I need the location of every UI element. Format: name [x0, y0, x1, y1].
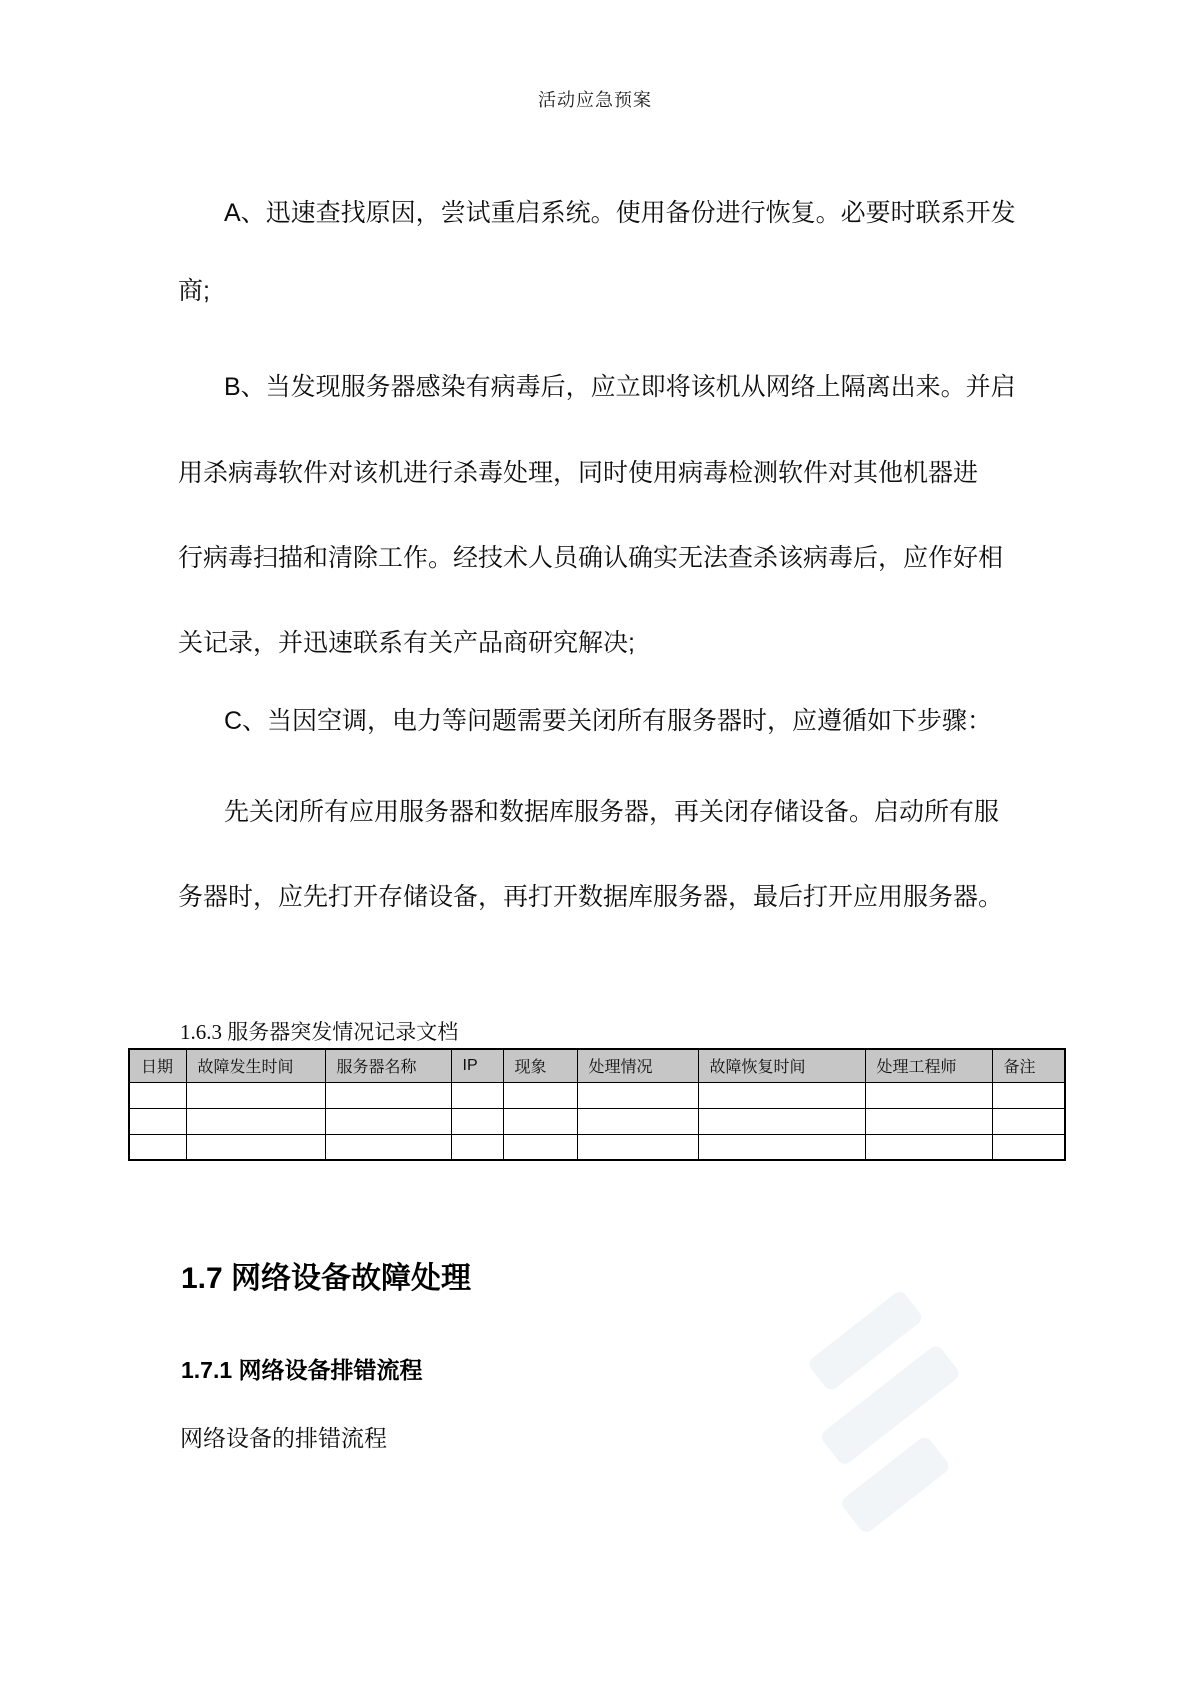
body-line: 商;: [178, 274, 210, 308]
table-cell: [698, 1108, 865, 1134]
body-line: 先关闭所有应用服务器和数据库服务器，再关闭存储设备。启动所有服: [224, 795, 999, 829]
table-header-cell: 处理工程师: [865, 1049, 992, 1082]
table-header-cell: IP: [451, 1049, 503, 1082]
table-cell: [698, 1082, 865, 1108]
table-cell: [992, 1108, 1065, 1134]
section-heading-1-7: 1.7 网络设备故障处理: [181, 1253, 471, 1297]
table-cell: [503, 1134, 577, 1160]
watermark-shape: [839, 1434, 952, 1535]
table-cell: [129, 1134, 186, 1160]
table-header-cell: 故障发生时间: [186, 1049, 325, 1082]
table-cell: [186, 1082, 325, 1108]
body-line: 务器时，应先打开存储设备，再打开数据库服务器，最后打开应用服务器。: [178, 880, 1003, 914]
body-line: B、当发现服务器感染有病毒后，应立即将该机从网络上隔离出来。并启: [224, 370, 1016, 404]
table-header-cell: 故障恢复时间: [698, 1049, 865, 1082]
table-cell: [129, 1108, 186, 1134]
table-cell: [577, 1082, 698, 1108]
table-cell: [577, 1108, 698, 1134]
table-row: [129, 1082, 1065, 1108]
table-cell: [129, 1082, 186, 1108]
table-header-cell: 处理情况: [577, 1049, 698, 1082]
watermark-shape: [819, 1343, 962, 1467]
server-incident-record-table: 日期故障发生时间服务器名称IP现象处理情况故障恢复时间处理工程师备注: [128, 1048, 1066, 1161]
table-cell: [698, 1134, 865, 1160]
table-header-row: 日期故障发生时间服务器名称IP现象处理情况故障恢复时间处理工程师备注: [129, 1049, 1065, 1082]
table-cell: [325, 1082, 451, 1108]
table-cell: [503, 1108, 577, 1134]
table-cell: [865, 1108, 992, 1134]
table-row: [129, 1134, 1065, 1160]
table-cell: [325, 1134, 451, 1160]
body-line: A、迅速查找原因，尝试重启系统。使用备份进行恢复。必要时联系开发: [224, 196, 1016, 230]
table-cell: [325, 1108, 451, 1134]
table-cell: [992, 1082, 1065, 1108]
table-cell: [865, 1134, 992, 1160]
table-cell: [503, 1082, 577, 1108]
document-header-title: 活动应急预案: [0, 86, 1190, 112]
table-cell: [451, 1082, 503, 1108]
table-cell: [992, 1134, 1065, 1160]
table-row: [129, 1108, 1065, 1134]
body-line: 用杀病毒软件对该机进行杀毒处理，同时使用病毒检测软件对其他机器进: [178, 456, 978, 490]
table-header-cell: 现象: [503, 1049, 577, 1082]
section-heading-1-7-1: 1.7.1 网络设备排错流程: [181, 1352, 423, 1385]
body-line: 关记录，并迅速联系有关产品商研究解决;: [178, 626, 635, 660]
watermark-shape: [806, 1289, 924, 1393]
table-cell: [451, 1134, 503, 1160]
table-header-cell: 服务器名称: [325, 1049, 451, 1082]
table-body: 日期故障发生时间服务器名称IP现象处理情况故障恢复时间处理工程师备注: [129, 1049, 1065, 1160]
table-cell: [451, 1108, 503, 1134]
table-cell: [577, 1134, 698, 1160]
table-cell: [865, 1082, 992, 1108]
body-line: C、当因空调，电力等问题需要关闭所有服务器时，应遵循如下步骤：: [224, 704, 992, 738]
document-page: 活动应急预案 A、迅速查找原因，尝试重启系统。使用备份进行恢复。必要时联系开发商…: [0, 0, 1190, 1683]
body-line: 行病毒扫描和清除工作。经技术人员确认确实无法查杀该病毒后，应作好相: [178, 541, 1003, 575]
table-header-cell: 日期: [129, 1049, 186, 1082]
bottom-paragraph: 网络设备的排错流程: [180, 1420, 387, 1453]
table-caption: 1.6.3 服务器突发情况记录文档: [180, 1016, 458, 1046]
table-header-cell: 备注: [992, 1049, 1065, 1082]
table-cell: [186, 1108, 325, 1134]
watermark: [745, 1244, 1046, 1547]
table-cell: [186, 1134, 325, 1160]
